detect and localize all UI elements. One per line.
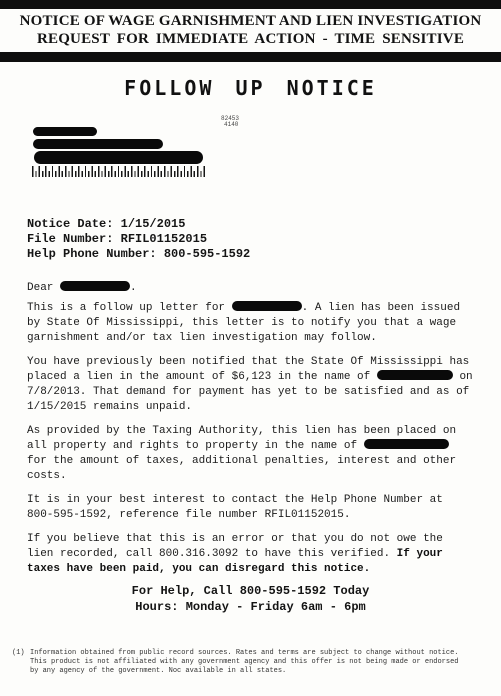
salutation-text: Dear [27, 282, 60, 294]
banner-line-2: REQUEST FOR IMMEDIATE ACTION - TIME SENS… [0, 30, 501, 48]
paragraph-4: It is in your best interest to contact t… [27, 493, 475, 523]
banner: NOTICE OF WAGE GARNISHMENT AND LIEN INVE… [0, 12, 501, 48]
banner-line-1: NOTICE OF WAGE GARNISHMENT AND LIEN INVE… [0, 12, 501, 30]
paragraph-2: You have previously been notified that t… [27, 355, 475, 415]
footnote-body: Information obtained from public record … [12, 649, 496, 676]
redacted-recipient-name [33, 127, 97, 136]
footnote-marker: (1) [12, 649, 25, 658]
footnote: (1) Information obtained from public rec… [12, 649, 496, 676]
salutation-suffix: . [130, 282, 137, 294]
redacted-address-line-2 [34, 151, 203, 164]
postal-barcode [32, 166, 206, 177]
file-number: File Number: RFIL01152015 [27, 232, 250, 247]
notice-meta: Notice Date: 1/15/2015 File Number: RFIL… [27, 217, 250, 262]
paragraph-5: If you believe that this is an error or … [27, 532, 475, 577]
mail-ref-code-2: 4140 [221, 122, 239, 128]
help-hours-line: Hours: Monday - Friday 6am - 6pm [0, 599, 501, 615]
paragraph-5-text: If you believe that this is an error or … [27, 533, 443, 560]
salutation: Dear . [27, 282, 137, 294]
help-block: For Help, Call 800-595-1592 Today Hours:… [0, 583, 501, 615]
scanned-letter: NOTICE OF WAGE GARNISHMENT AND LIEN INVE… [0, 0, 501, 696]
redacted-name [232, 301, 302, 311]
footnote-line-2: This product is not affiliated with any … [30, 658, 496, 667]
redacted-name [364, 439, 449, 449]
redacted-address-line-1 [33, 139, 163, 149]
redacted-name [377, 370, 453, 380]
paragraph-3: As provided by the Taxing Authority, thi… [27, 424, 475, 484]
mail-reference-codes: 82453 4140 [221, 116, 239, 128]
footnote-line-3: by any agency of the government. Noc ava… [30, 667, 496, 676]
banner-top-rule [0, 0, 501, 9]
paragraph-1-text: This is a follow up letter for [27, 302, 232, 314]
paragraph-1: This is a follow up letter for . A lien … [27, 301, 475, 346]
letter-body: This is a follow up letter for . A lien … [27, 301, 475, 586]
notice-date: Notice Date: 1/15/2015 [27, 217, 250, 232]
banner-bottom-rule [0, 52, 501, 62]
paragraph-3-text: for the amount of taxes, additional pena… [27, 455, 456, 482]
footnote-line-1: Information obtained from public record … [30, 649, 496, 658]
redacted-name [60, 281, 130, 291]
page-title: FOLLOW UP NOTICE [0, 76, 501, 100]
help-phone-number: Help Phone Number: 800-595-1592 [27, 247, 250, 262]
help-call-line: For Help, Call 800-595-1592 Today [0, 583, 501, 599]
